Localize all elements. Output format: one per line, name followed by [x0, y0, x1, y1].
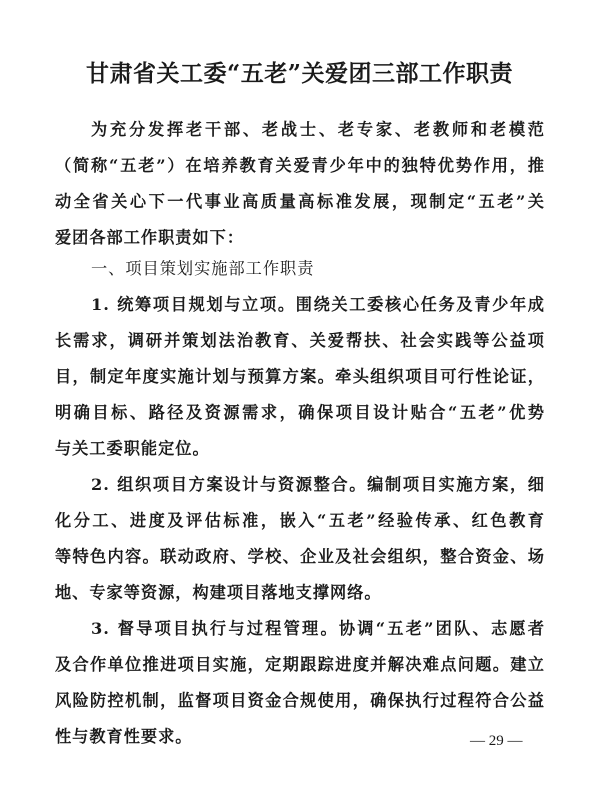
item-3-line: 风险防控机制，监督项目资金合规使用，确保执行过程符合公益: [55, 690, 545, 712]
section-heading: 一、项目策划实施部工作职责: [91, 258, 545, 280]
item-2-line: 2. 组织项目方案设计与资源整合。编制项目实施方案，细: [91, 474, 545, 496]
item-3-line: 3. 督导项目执行与过程管理。协调“五老”团队、志愿者: [91, 618, 545, 640]
item-2-line: 化分工、进度及评估标准，嵌入“五老”经验传承、红色教育: [55, 510, 545, 532]
item-3-line: 性与教育性要求。: [55, 726, 255, 748]
intro-line: （简称“五老”）在培养教育关爱青少年中的独特优势作用，推: [55, 155, 545, 177]
item-1-line: 明确目标、路径及资源需求，确保项目设计贴合“五老”优势: [55, 402, 545, 424]
item-1-line: 长需求，调研并策划法治教育、关爱帮扶、社会实践等公益项: [55, 330, 545, 352]
item-2-line: 地、专家等资源，构建项目落地支撑网络。: [55, 582, 545, 604]
item-3-line: 及合作单位推进项目实施，定期跟踪进度并解决难点问题。建立: [55, 654, 545, 676]
intro-line: 为充分发挥老干部、老战士、老专家、老教师和老模范: [91, 119, 545, 141]
item-1-line: 与关工委职能定位。: [55, 438, 545, 460]
document-title: 甘肃省关工委“五老”关爱团三部工作职责: [0, 55, 599, 88]
item-1-line: 目，制定年度实施计划与预算方案。牵头组织项目可行性论证，: [55, 366, 545, 388]
item-1-line: 1. 统筹项目规划与立项。围绕关工委核心任务及青少年成: [91, 294, 545, 316]
page-number: — 29 —: [470, 733, 523, 750]
intro-line: 动全省关心下一代事业高质量高标准发展，现制定“五老”关: [55, 191, 545, 213]
intro-line: 爱团各部工作职责如下：: [55, 227, 545, 249]
item-2-line: 等特色内容。联动政府、学校、企业及社会组织，整合资金、场: [55, 546, 545, 568]
